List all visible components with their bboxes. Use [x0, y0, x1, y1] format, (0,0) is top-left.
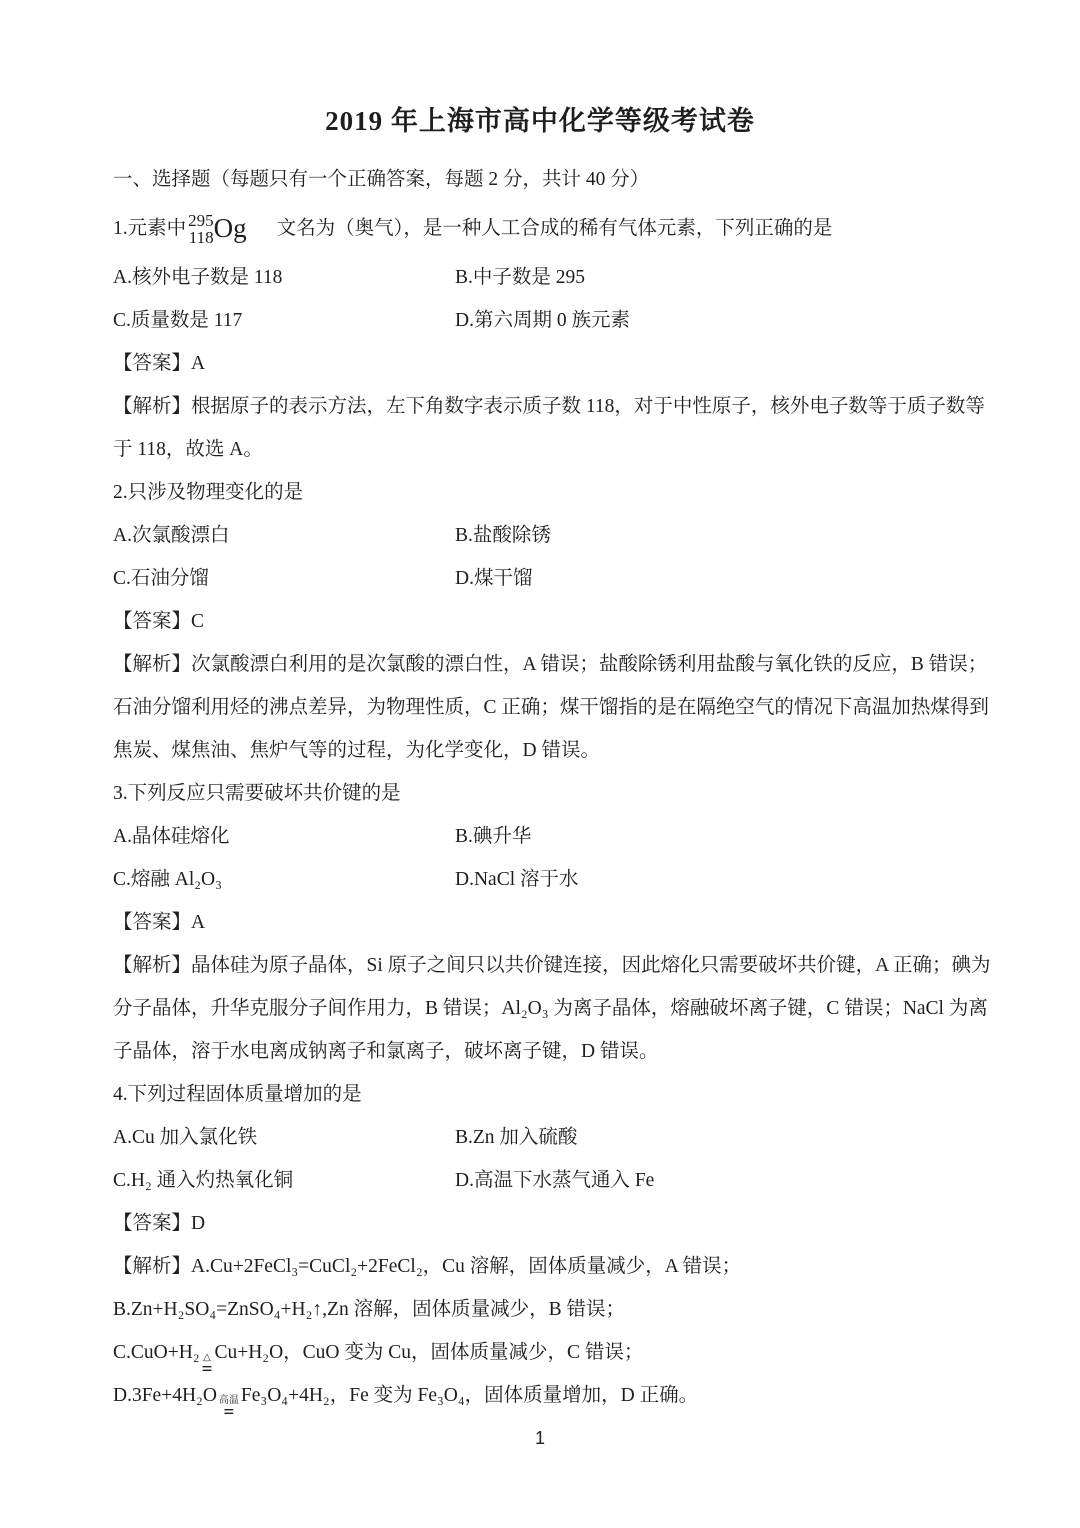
equation-left: D.3Fe+4H₂O: [113, 1385, 217, 1406]
option-c: C.石油分馏: [113, 557, 455, 600]
options-row-ab: A.核外电子数是 118 B.中子数是 295: [113, 256, 967, 299]
equation-right: Cu+H₂O，CuO 变为 Cu，固体质量减少，C 错误；: [214, 1342, 643, 1363]
analysis-line: B.Zn+H₂SO₄=ZnSO₄+H₂↑,Zn 溶解，固体质量减少，B 错误；: [113, 1288, 967, 1331]
option-b: B.碘升华: [455, 815, 531, 858]
option-d: D.高温下水蒸气通入 Fe: [455, 1159, 654, 1202]
section-heading: 一、选择题（每题只有一个正确答案，每题 2 分，共计 40 分）: [113, 158, 967, 201]
question-4-stem: 4.下列过程固体质量增加的是: [113, 1073, 967, 1116]
stem-suffix: 文名为（奥气），是一种人工合成的稀有气体元素，下列正确的是: [277, 207, 833, 250]
analysis-line: 【解析】根据原子的表示方法，左下角数字表示质子数 118，对于中性原子，核外电子…: [113, 385, 967, 428]
page-title: 2019 年上海市高中化学等级考试卷: [113, 96, 967, 146]
option-a: A.晶体硅熔化: [113, 815, 455, 858]
answer-line: 【答案】A: [113, 901, 967, 944]
heated-equals-sign: △=: [202, 1353, 213, 1376]
question-4: 4.下列过程固体质量增加的是 A.Cu 加入氯化铁 B.Zn 加入硫酸 C.H₂…: [113, 1073, 967, 1417]
answer-line: 【答案】D: [113, 1202, 967, 1245]
isotope-mass-number: 295: [188, 212, 214, 229]
analysis-line: 【解析】晶体硅为原子晶体，Si 原子之间只以共价键连接，因此熔化只需要破坏共价键…: [113, 944, 967, 987]
option-c: C.熔融 Al₂O₃: [113, 858, 455, 901]
question-2: 2.只涉及物理变化的是 A.次氯酸漂白 B.盐酸除锈 C.石油分馏 D.煤干馏 …: [113, 471, 967, 772]
analysis-line: 子晶体，溶于水电离成钠离子和氯离子，破坏离子键，D 错误。: [113, 1030, 967, 1073]
option-b: B.Zn 加入硫酸: [455, 1116, 577, 1159]
option-d: D.煤干馏: [455, 557, 532, 600]
stem-prefix: 1.元素中: [113, 207, 186, 250]
element-symbol: Og: [214, 215, 247, 242]
question-1: 1.元素中 295 118 Og 文名为（奥气），是一种人工合成的稀有气体元素，…: [113, 201, 967, 471]
exam-paper-page: 2019 年上海市高中化学等级考试卷 一、选择题（每题只有一个正确答案，每题 2…: [0, 0, 1080, 1528]
analysis-line: 焦炭、煤焦油、焦炉气等的过程，为化学变化，D 错误。: [113, 729, 967, 772]
isotope-atomic-number: 118: [189, 229, 214, 246]
isotope-notation: 295 118 Og: [188, 212, 247, 246]
options-row-cd: C.H₂ 通入灼热氧化铜 D.高温下水蒸气通入 Fe: [113, 1159, 967, 1202]
analysis-line-equation: D.3Fe+4H₂O高温=Fe₃O₄+4H₂，Fe 变为 Fe₃O₄，固体质量增…: [113, 1374, 967, 1417]
question-3-stem: 3.下列反应只需要破坏共价键的是: [113, 772, 967, 815]
isotope-numbers: 295 118: [188, 212, 214, 246]
options-row-cd: C.质量数是 117 D.第六周期 0 族元素: [113, 299, 967, 342]
option-d: D.第六周期 0 族元素: [455, 299, 630, 342]
analysis-line: 分子晶体，升华克服分子间作用力，B 错误；Al₂O₃ 为离子晶体，熔融破坏离子键…: [113, 987, 967, 1030]
options-row-ab: A.晶体硅熔化 B.碘升华: [113, 815, 967, 858]
analysis-line-equation: C.CuO+H₂△=Cu+H₂O，CuO 变为 Cu，固体质量减少，C 错误；: [113, 1331, 967, 1374]
question-2-stem: 2.只涉及物理变化的是: [113, 471, 967, 514]
options-row-cd: C.石油分馏 D.煤干馏: [113, 557, 967, 600]
option-a: A.核外电子数是 118: [113, 256, 455, 299]
options-row-ab: A.次氯酸漂白 B.盐酸除锈: [113, 514, 967, 557]
options-row-cd: C.熔融 Al₂O₃ D.NaCl 溶于水: [113, 858, 967, 901]
question-3: 3.下列反应只需要破坏共价键的是 A.晶体硅熔化 B.碘升华 C.熔融 Al₂O…: [113, 772, 967, 1073]
answer-line: 【答案】A: [113, 342, 967, 385]
option-b: B.盐酸除锈: [455, 514, 551, 557]
option-d: D.NaCl 溶于水: [455, 858, 579, 901]
option-a: A.Cu 加入氯化铁: [113, 1116, 455, 1159]
question-1-stem: 1.元素中 295 118 Og 文名为（奥气），是一种人工合成的稀有气体元素，…: [113, 201, 967, 256]
page-number: 1: [113, 1417, 967, 1460]
analysis-line: 石油分馏利用烃的沸点差异，为物理性质，C 正确；煤干馏指的是在隔绝空气的情况下高…: [113, 686, 967, 729]
analysis-line: 于 118，故选 A。: [113, 428, 967, 471]
equation-right: Fe₃O₄+4H₂，Fe 变为 Fe₃O₄，固体质量增加，D 正确。: [241, 1385, 698, 1406]
option-b: B.中子数是 295: [455, 256, 585, 299]
analysis-line: 【解析】次氯酸漂白利用的是次氯酸的漂白性，A 错误；盐酸除锈利用盐酸与氧化铁的反…: [113, 643, 967, 686]
analysis-line: 【解析】A.Cu+2FeCl₃=CuCl₂+2FeCl₂，Cu 溶解，固体质量减…: [113, 1245, 967, 1288]
option-c: C.质量数是 117: [113, 299, 455, 342]
option-c: C.H₂ 通入灼热氧化铜: [113, 1159, 455, 1202]
page-content: 2019 年上海市高中化学等级考试卷 一、选择题（每题只有一个正确答案，每题 2…: [0, 0, 1080, 1460]
high-temperature-equals-sign: 高温=: [219, 1396, 239, 1419]
option-a: A.次氯酸漂白: [113, 514, 455, 557]
options-row-ab: A.Cu 加入氯化铁 B.Zn 加入硫酸: [113, 1116, 967, 1159]
answer-line: 【答案】C: [113, 600, 967, 643]
equation-left: C.CuO+H₂: [113, 1342, 200, 1363]
